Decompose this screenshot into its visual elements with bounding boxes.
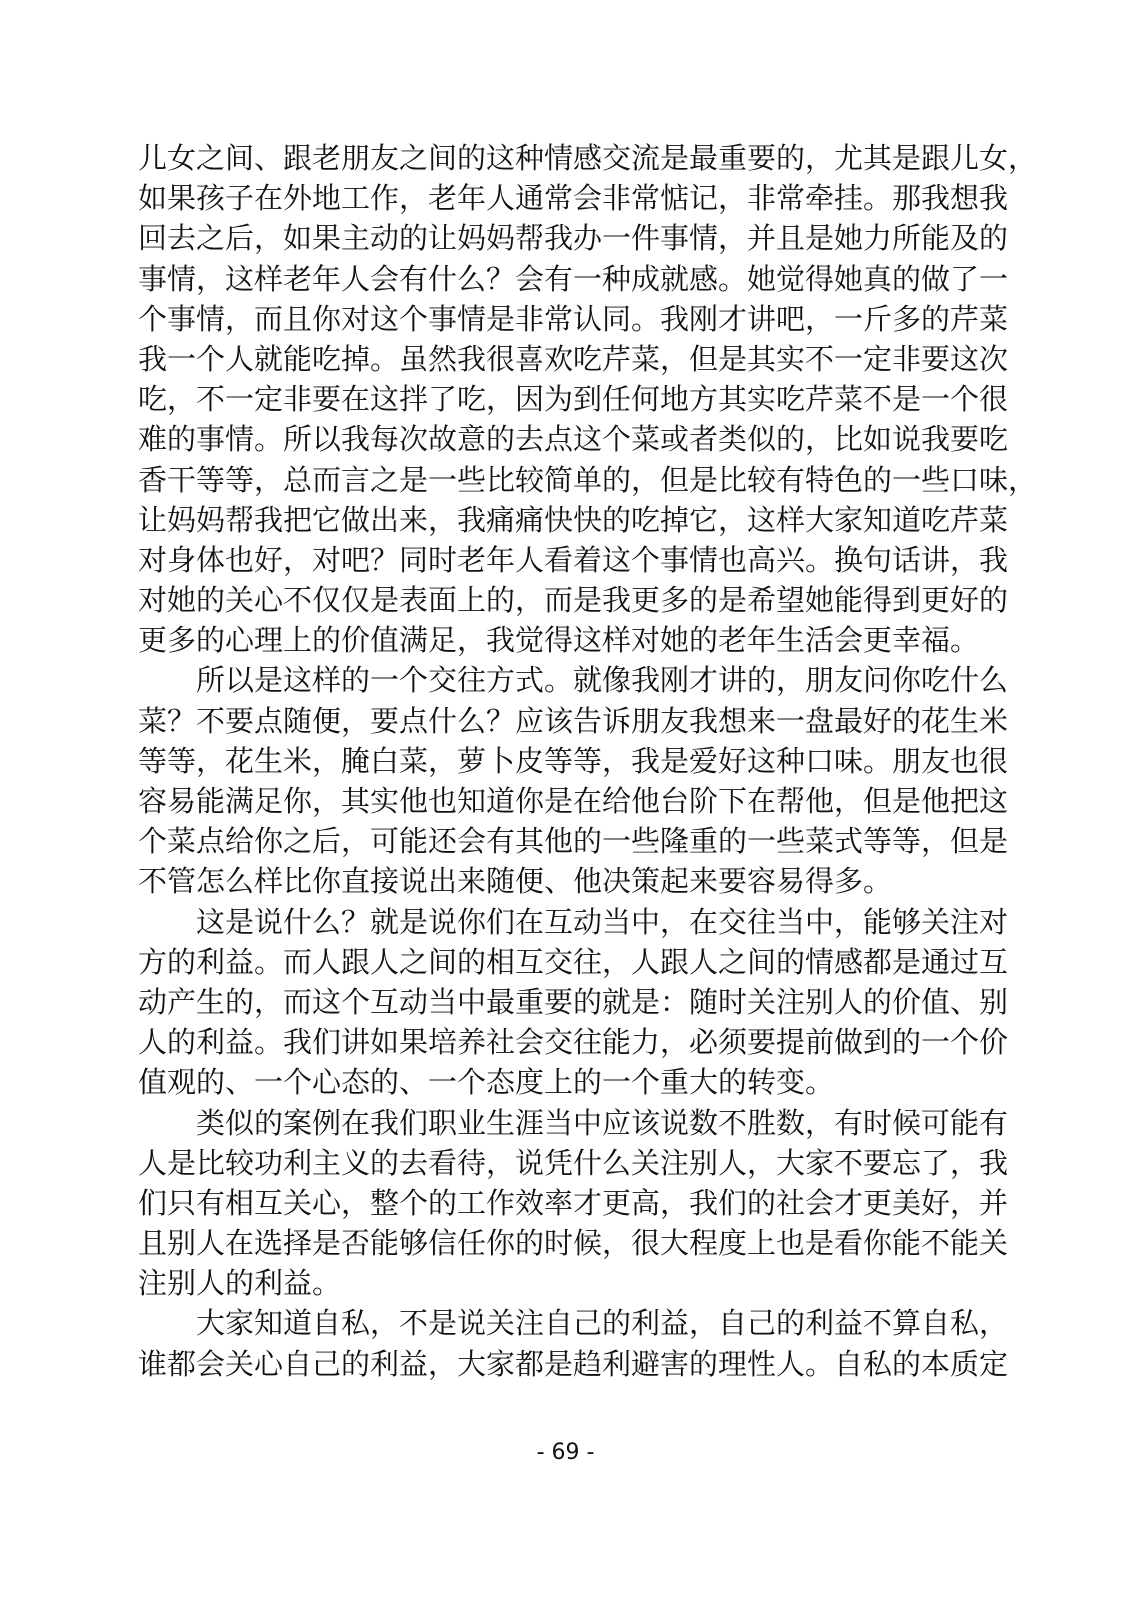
- text-line: 儿女之间、跟老朋友之间的这种情感交流是最重要的，尤其是跟儿女，: [138, 138, 974, 178]
- text-line: 回去之后，如果主动的让妈妈帮我办一件事情，并且是她力所能及的: [138, 218, 974, 258]
- paragraph-1: 儿女之间、跟老朋友之间的这种情感交流是最重要的，尤其是跟儿女， 如果孩子在外地工…: [138, 138, 974, 660]
- text-line: 大家知道自私，不是说关注自己的利益，自己的利益不算自私，: [138, 1303, 974, 1343]
- text-line: 菜？不要点随便，要点什么？应该告诉朋友我想来一盘最好的花生米: [138, 701, 974, 741]
- text-line: 更多的心理上的价值满足，我觉得这样对她的老年生活会更幸福。: [138, 620, 974, 660]
- text-line: 方的利益。而人跟人之间的相互交往，人跟人之间的情感都是通过互: [138, 942, 974, 982]
- text-line: 事情，这样老年人会有什么？会有一种成就感。她觉得她真的做了一: [138, 259, 974, 299]
- text-line: 注别人的利益。: [138, 1263, 974, 1303]
- text-line: 这是说什么？就是说你们在互动当中，在交往当中，能够关注对: [138, 902, 974, 942]
- text-line: 香干等等，总而言之是一些比较简单的，但是比较有特色的一些口味，: [138, 460, 974, 500]
- text-line: 且别人在选择是否能够信任你的时候，很大程度上也是看你能不能关: [138, 1223, 974, 1263]
- text-line: 等等，花生米，腌白菜，萝卜皮等等，我是爱好这种口味。朋友也很: [138, 741, 974, 781]
- text-line: 对她的关心不仅仅是表面上的，而是我更多的是希望她能得到更好的: [138, 580, 974, 620]
- paragraph-2: 所以是这样的一个交往方式。就像我刚才讲的，朋友问你吃什么 菜？不要点随便，要点什…: [138, 660, 974, 901]
- paragraph-3: 这是说什么？就是说你们在互动当中，在交往当中，能够关注对 方的利益。而人跟人之间…: [138, 902, 974, 1103]
- text-line: 值观的、一个心态的、一个态度上的一个重大的转变。: [138, 1062, 974, 1102]
- text-line: 人的利益。我们讲如果培养社会交往能力，必须要提前做到的一个价: [138, 1022, 974, 1062]
- text-line: 让妈妈帮我把它做出来，我痛痛快快的吃掉它，这样大家知道吃芹菜: [138, 500, 974, 540]
- paragraph-4: 类似的案例在我们职业生涯当中应该说数不胜数，有时候可能有 人是比较功利主义的去看…: [138, 1103, 974, 1304]
- text-line: 个事情，而且你对这个事情是非常认同。我刚才讲吧，一斤多的芹菜: [138, 299, 974, 339]
- text-line: 们只有相互关心，整个的工作效率才更高，我们的社会才更美好，并: [138, 1183, 974, 1223]
- text-line: 容易能满足你，其实他也知道你是在给他台阶下在帮他，但是他把这: [138, 781, 974, 821]
- text-line: 我一个人就能吃掉。虽然我很喜欢吃芹菜，但是其实不一定非要这次: [138, 339, 974, 379]
- text-line: 吃，不一定非要在这拌了吃，因为到任何地方其实吃芹菜不是一个很: [138, 379, 974, 419]
- text-line: 谁都会关心自己的利益，大家都是趋利避害的理性人。自私的本质定: [138, 1344, 974, 1384]
- text-line: 人是比较功利主义的去看待，说凭什么关注别人，大家不要忘了，我: [138, 1143, 974, 1183]
- paragraph-5: 大家知道自私，不是说关注自己的利益，自己的利益不算自私， 谁都会关心自己的利益，…: [138, 1303, 974, 1383]
- text-line: 所以是这样的一个交往方式。就像我刚才讲的，朋友问你吃什么: [138, 660, 974, 700]
- page-body: 儿女之间、跟老朋友之间的这种情感交流是最重要的，尤其是跟儿女， 如果孩子在外地工…: [138, 138, 974, 1384]
- text-line: 如果孩子在外地工作，老年人通常会非常惦记，非常牵挂。那我想我: [138, 178, 974, 218]
- text-line: 类似的案例在我们职业生涯当中应该说数不胜数，有时候可能有: [138, 1103, 974, 1143]
- page-number: - 69 -: [0, 1440, 1131, 1465]
- text-line: 不管怎么样比你直接说出来随便、他决策起来要容易得多。: [138, 861, 974, 901]
- text-line: 动产生的，而这个互动当中最重要的就是：随时关注别人的价值、别: [138, 982, 974, 1022]
- text-line: 难的事情。所以我每次故意的去点这个菜或者类似的，比如说我要吃: [138, 419, 974, 459]
- text-line: 对身体也好，对吧？同时老年人看着这个事情也高兴。换句话讲，我: [138, 540, 974, 580]
- text-line: 个菜点给你之后，可能还会有其他的一些隆重的一些菜式等等，但是: [138, 821, 974, 861]
